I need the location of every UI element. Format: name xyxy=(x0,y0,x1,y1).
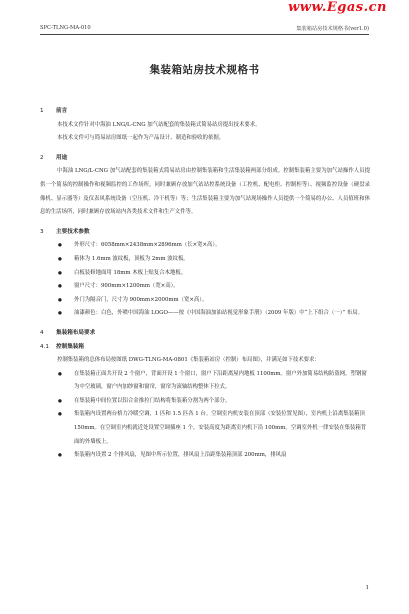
list-item: 箱体为 1.6mm 波纹板，顶板为 2mm 波纹板。 xyxy=(40,253,370,267)
list-item: 窗户尺寸：900mm×1200mm（宽×高）。 xyxy=(40,280,370,294)
list-item: 集装箱内设置 2 个排风扇，见图中所示位置，排风扇上沿距集装箱顶部 200mm，… xyxy=(40,449,370,463)
list-item: 白板装修地面用 18mm 木板上贴复合木地板。 xyxy=(40,267,370,281)
section-heading-2: 2用途 xyxy=(40,152,370,166)
section-heading-1: 1前言 xyxy=(40,105,370,119)
list-item: 在集装箱正面共开设 2 个窗户，背面开设 1 个窗口，窗户下沿距离屋内地板 11… xyxy=(40,368,370,395)
page-title: 集装箱站房技术规格书 xyxy=(0,62,409,77)
paragraph: 本技术文件针对中海油 LNG/L-CNG 加气站配套的集装箱式简易站房提出技术要… xyxy=(40,119,370,133)
watermark: www.Egas.cn xyxy=(288,0,387,15)
doc-code: SPC-TLNG-MA-010 xyxy=(40,25,91,31)
bullet-list: 外形尺寸：6058mm×2438mm×2896mm（长×宽×高）。 箱体为 1.… xyxy=(40,239,370,321)
section-heading-4-1: 4.1控制集装箱 xyxy=(40,341,370,355)
list-item: 外形尺寸：6058mm×2438mm×2896mm（长×宽×高）。 xyxy=(40,239,370,253)
section-heading-3: 3主要技术参数 xyxy=(40,226,370,240)
list-item: 集装箱内设置两台格力冷暖空调，1 匹和 1.5 匹各 1 台。空调室内机安装在顶… xyxy=(40,408,370,449)
paragraph: 中海油 LNG/L-CNG 加气站配套的集装箱式简易站房由控制集装箱和生活集装箱… xyxy=(40,165,370,219)
page-number: 1 xyxy=(366,585,370,591)
page-header: SPC-TLNG-MA-010 集装箱站房技术规格书(ver1.0) xyxy=(40,22,369,35)
list-item: 在集装箱中间位置以铝合金推拉门结构将集装箱分割为两个部分。 xyxy=(40,395,370,409)
bullet-list: 在集装箱正面共开设 2 个窗户，背面开设 1 个窗口，窗户下沿距离屋内地板 11… xyxy=(40,368,370,463)
list-item: 油漆颜色：白色，外喷中国海油 LOGO——按《中国海油加油站视觉形象手册》（20… xyxy=(40,307,370,321)
paragraph: 本技术文件可与简易站房图纸一起作为产品设计、制造和验收的依据。 xyxy=(40,132,370,146)
section-heading-4: 4集装箱布局要求 xyxy=(40,327,370,341)
paragraph: 控制集装箱的总体布局按图纸 DWG-TLNG-MA-0801《集装箱站房（控制）… xyxy=(40,354,370,368)
document-body: 1前言 本技术文件针对中海油 LNG/L-CNG 加气站配套的集装箱式简易站房提… xyxy=(40,105,370,463)
list-item: 外门为隔音门，尺寸为 900mm×2000mm（宽×高）。 xyxy=(40,294,370,308)
doc-header-title: 集装箱站房技术规格书(ver1.0) xyxy=(296,25,369,32)
